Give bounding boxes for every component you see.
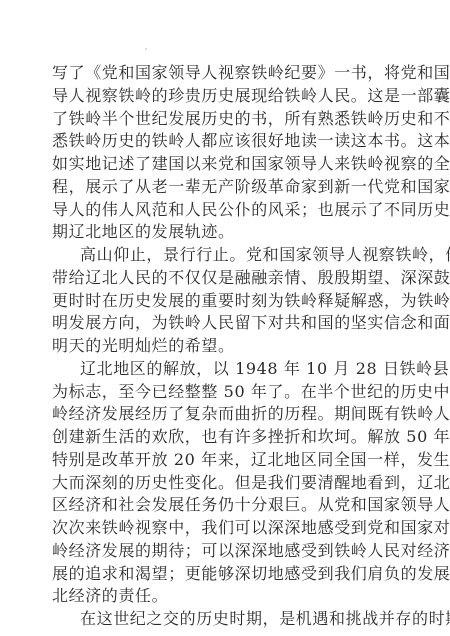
text-line: 高山仰止，景行行止。党和国家领导人视察铁岭，他们 <box>52 244 392 267</box>
paragraph-1: 写了《党和国家领导人视察铁岭纪要》一书，将党和国家领 导人视察铁岭的珍贵历史展现… <box>52 62 392 244</box>
text-line: 在这世纪之交的历史时期，是机遇和挑战并存的时期。 <box>52 608 392 631</box>
text-line: 创建新生活的欢欣，也有许多挫折和坎坷。解放 50 年来， <box>52 426 392 449</box>
text-line: 导人的伟人风范和人民公仆的风采；也展示了不同历史时 <box>52 199 392 222</box>
text-line: 更时时在历史发展的重要时刻为铁岭释疑解惑，为铁岭指 <box>52 290 392 313</box>
text-line: 导人视察铁岭的珍贵历史展现给铁岭人民。这是一部囊括 <box>52 85 392 108</box>
document-page: 写了《党和国家领导人视察铁岭纪要》一书，将党和国家领 导人视察铁岭的珍贵历史展现… <box>52 62 392 631</box>
text-line: 悉铁岭历史的铁岭人都应该很好地读一读这本书。这本书 <box>52 130 392 153</box>
text-line: 次次来铁岭视察中，我们可以深深地感受到党和国家对铁 <box>52 517 392 540</box>
scan-speck <box>145 48 147 50</box>
text-line: 明天的光明灿烂的希望。 <box>52 335 392 358</box>
text-line: 大而深刻的历史性变化。但是我们要清醒地看到，辽北地 <box>52 472 392 495</box>
text-line: 区经济和社会发展任务仍十分艰巨。从党和国家领导人一 <box>52 494 392 517</box>
text-line: 带给辽北人民的不仅仅是融融亲情、殷殷期望、深深鼓舞， <box>52 267 392 290</box>
text-line: 北经济的责任。 <box>52 585 392 608</box>
text-line: 特别是改革开放 20 年来，辽北地区同全国一样，发生了巨 <box>52 449 392 472</box>
text-line: 了铁岭半个世纪发展历史的书，所有熟悉铁岭历史和不熟 <box>52 108 392 131</box>
text-line: 为标志，至今已经整整 50 年了。在半个世纪的历史中，铁 <box>52 381 392 404</box>
text-line: 如实地记述了建国以来党和国家领导人来铁岭视察的全过 <box>52 153 392 176</box>
text-line: 岭经济发展的期待；可以深深地感受到铁岭人民对经济发 <box>52 540 392 563</box>
text-line: 辽北地区的解放，以 1948 年 10 月 28 日铁岭县城解放 <box>52 358 392 381</box>
text-line: 程，展示了从老一辈无产阶级革命家到新一代党和国家领 <box>52 176 392 199</box>
paragraph-2: 高山仰止，景行行止。党和国家领导人视察铁岭，他们 带给辽北人民的不仅仅是融融亲情… <box>52 244 392 358</box>
text-line: 明发展方向，为铁岭人民留下对共和国的坚实信念和面向 <box>52 312 392 335</box>
text-line: 展的追求和渴望；更能够深切地感受到我们肩负的发展辽 <box>52 563 392 586</box>
text-line: 岭经济发展经历了复杂而曲折的历程。期间既有铁岭人民 <box>52 403 392 426</box>
text-line: 写了《党和国家领导人视察铁岭纪要》一书，将党和国家领 <box>52 62 392 85</box>
text-line: 期辽北地区的发展轨迹。 <box>52 221 392 244</box>
paragraph-3: 辽北地区的解放，以 1948 年 10 月 28 日铁岭县城解放 为标志，至今已… <box>52 358 392 608</box>
paragraph-4: 在这世纪之交的历史时期，是机遇和挑战并存的时期。 <box>52 608 392 631</box>
